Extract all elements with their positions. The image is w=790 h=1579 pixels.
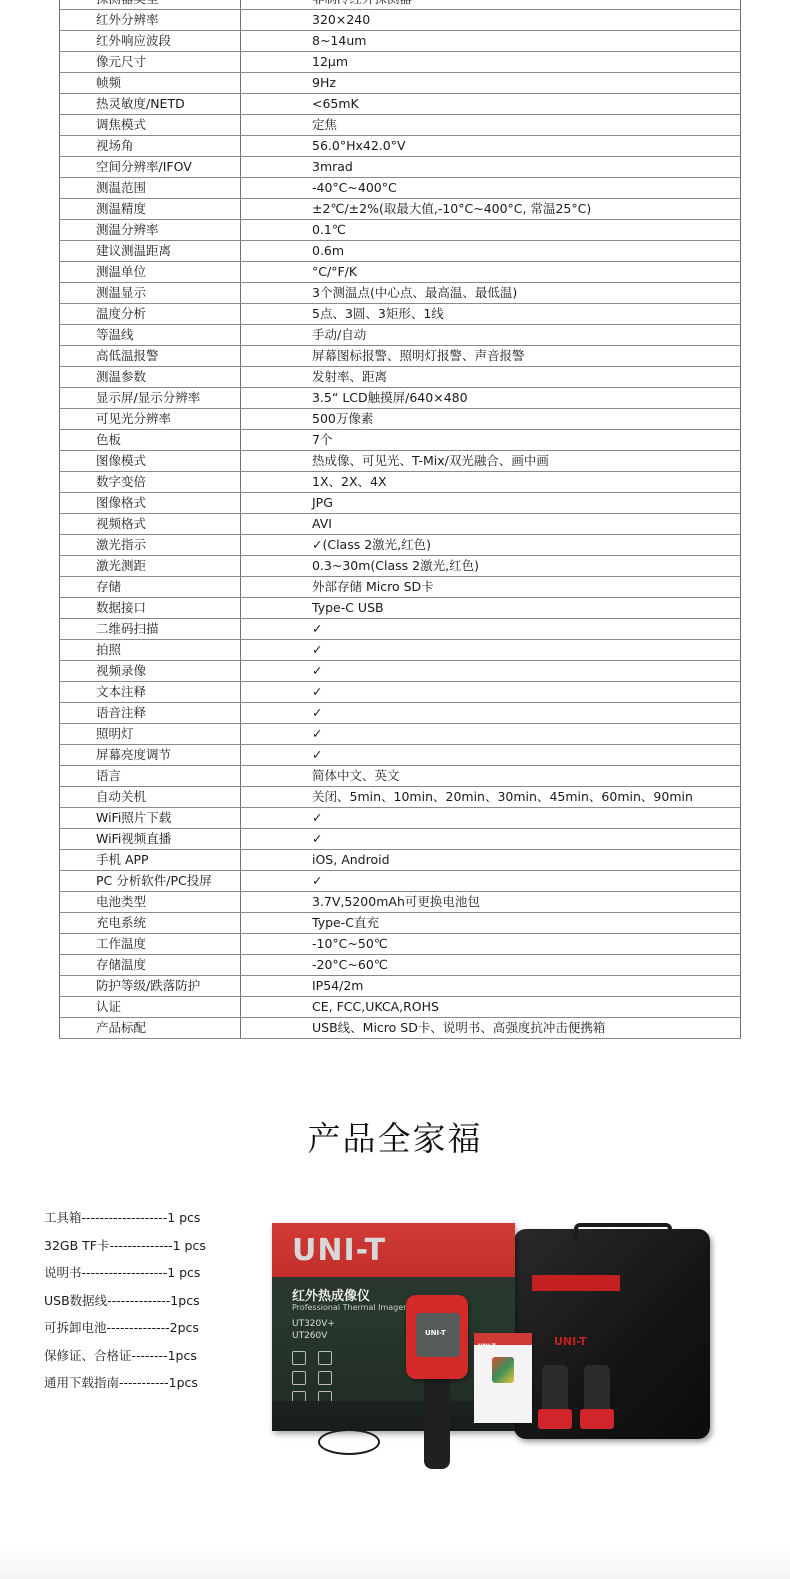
spec-label: 拍照 — [60, 640, 241, 661]
spec-label: 像元尺寸 — [60, 52, 241, 73]
table-row: 测温单位°C/°F/K — [60, 262, 741, 283]
spec-value: °C/°F/K — [241, 262, 741, 283]
table-row: 激光测距0.3~30m(Class 2激光,红色) — [60, 556, 741, 577]
spec-label: WiFi视频直播 — [60, 829, 241, 850]
spec-label: 数字变倍 — [60, 472, 241, 493]
spec-value: 热成像、可见光、T-Mix/双光融合、画中画 — [241, 451, 741, 472]
table-row: 温度分析5点、3圆、3矩形、1线 — [60, 304, 741, 325]
spec-value: ±2℃/±2%(取最大值,-10°C~400°C, 常温25°C) — [241, 199, 741, 220]
spec-label: 充电系统 — [60, 913, 241, 934]
box-model: UT260V — [292, 1331, 327, 1341]
table-row: 屏幕亮度调节✓ — [60, 745, 741, 766]
table-row: 数据接口Type-C USB — [60, 598, 741, 619]
spec-value: ✓ — [241, 682, 741, 703]
spec-value: 1X、2X、4X — [241, 472, 741, 493]
battery-body — [542, 1365, 568, 1413]
spec-label: 存储温度 — [60, 955, 241, 976]
spec-value: 320×240 — [241, 10, 741, 31]
package-item: 通用下载指南-----------1pcs — [44, 1373, 206, 1401]
spec-value: 56.0°Hx42.0°V — [241, 136, 741, 157]
table-row: 色板7个 — [60, 430, 741, 451]
camera-head: UNI-T — [406, 1295, 468, 1379]
table-row: 照明灯✓ — [60, 724, 741, 745]
table-row: 测温分辨率0.1℃ — [60, 220, 741, 241]
spec-label: 文本注释 — [60, 682, 241, 703]
feature-icon — [292, 1351, 306, 1365]
spec-value: 8~14um — [241, 31, 741, 52]
case-stripe — [532, 1275, 620, 1291]
package-item: 工具箱-------------------1 pcs — [44, 1208, 206, 1236]
spec-value: 7个 — [241, 430, 741, 451]
spec-label: 等温线 — [60, 325, 241, 346]
manual-header: UNI-T — [474, 1333, 532, 1345]
spec-value: ✓ — [241, 724, 741, 745]
table-row: 测温精度±2℃/±2%(取最大值,-10°C~400°C, 常温25°C) — [60, 199, 741, 220]
case-logo: UNI-T — [554, 1335, 587, 1348]
spec-table: 探测器类型非制冷红外探测器红外分辨率320×240红外响应波段8~14um像元尺… — [59, 0, 741, 1039]
table-row: 存储温度-20°C~60℃ — [60, 955, 741, 976]
table-row: WiFi视频直播✓ — [60, 829, 741, 850]
bottom-fade — [0, 1549, 790, 1579]
battery-body — [584, 1365, 610, 1413]
table-row: 红外分辨率320×240 — [60, 10, 741, 31]
spec-table-body: 探测器类型非制冷红外探测器红外分辨率320×240红外响应波段8~14um像元尺… — [60, 0, 741, 1039]
box-title: 红外热成像仪 — [292, 1285, 370, 1304]
spec-label: 照明灯 — [60, 724, 241, 745]
spec-value: ✓ — [241, 808, 741, 829]
manual-logo: UNI-T — [474, 1343, 496, 1350]
spec-label: 测温范围 — [60, 178, 241, 199]
spec-value: <65mK — [241, 94, 741, 115]
spec-label: 数据接口 — [60, 598, 241, 619]
table-row: 文本注释✓ — [60, 682, 741, 703]
spec-label: 调焦模式 — [60, 115, 241, 136]
section-title: 产品全家福 — [0, 1113, 790, 1160]
product-family-photo: UNI-T UNI-T 红外热成像仪 Professional Thermal … — [268, 1215, 718, 1460]
table-row: 二维码扫描✓ — [60, 619, 741, 640]
spec-label: 屏幕亮度调节 — [60, 745, 241, 766]
spec-label: 红外分辨率 — [60, 10, 241, 31]
spec-label: 认证 — [60, 997, 241, 1018]
package-item: USB数据线--------------1pcs — [44, 1291, 206, 1319]
manual-image — [492, 1357, 514, 1383]
spec-value: ✓ — [241, 661, 741, 682]
table-row: 激光指示✓(Class 2激光,红色) — [60, 535, 741, 556]
table-row: 空间分辨率/IFOV3mrad — [60, 157, 741, 178]
package-item: 保修证、合格证--------1pcs — [44, 1346, 206, 1374]
package-item: 32GB TF卡--------------1 pcs — [44, 1236, 206, 1264]
camera-logo: UNI-T — [425, 1329, 446, 1337]
table-row: 探测器类型非制冷红外探测器 — [60, 0, 741, 10]
table-row: 等温线手动/自动 — [60, 325, 741, 346]
spec-label: PC 分析软件/PC投屏 — [60, 871, 241, 892]
case-handle — [574, 1223, 672, 1241]
spec-label: 高低温报警 — [60, 346, 241, 367]
spec-value: ✓ — [241, 871, 741, 892]
table-row: 视频录像✓ — [60, 661, 741, 682]
spec-label: 语音注释 — [60, 703, 241, 724]
table-row: 工作温度-10°C~50℃ — [60, 934, 741, 955]
table-row: 视频格式AVI — [60, 514, 741, 535]
table-row: 图像格式JPG — [60, 493, 741, 514]
spec-value: 3.5“ LCD触摸屏/640×480 — [241, 388, 741, 409]
table-row: 测温参数发射率、距离 — [60, 367, 741, 388]
spec-value: 5点、3圆、3矩形、1线 — [241, 304, 741, 325]
table-row: 手机 APP iOS, Android — [60, 850, 741, 871]
table-row: 防护等级/跌落防护IP54/2m — [60, 976, 741, 997]
spec-label: 手机 APP — [60, 850, 241, 871]
table-row: 像元尺寸12μm — [60, 52, 741, 73]
feature-icon — [318, 1371, 332, 1385]
spec-label: 视场角 — [60, 136, 241, 157]
spec-value: JPG — [241, 493, 741, 514]
feature-icon — [292, 1371, 306, 1385]
thermal-camera: UNI-T — [406, 1295, 468, 1410]
box-subtitle: Professional Thermal Imager — [292, 1303, 406, 1312]
table-row: 存储外部存储 Micro SD卡 — [60, 577, 741, 598]
spec-label: 视频格式 — [60, 514, 241, 535]
spec-value: 外部存储 Micro SD卡 — [241, 577, 741, 598]
spec-value: Type-C USB — [241, 598, 741, 619]
spec-value: ✓ — [241, 619, 741, 640]
spec-value: 3mrad — [241, 157, 741, 178]
spec-label: 激光测距 — [60, 556, 241, 577]
table-row: 语音注释✓ — [60, 703, 741, 724]
box-logo: UNI-T — [292, 1233, 386, 1268]
spec-label: 可见光分辨率 — [60, 409, 241, 430]
spec-label: 热灵敏度/NETD — [60, 94, 241, 115]
spec-label: 温度分析 — [60, 304, 241, 325]
spec-label: 工作温度 — [60, 934, 241, 955]
spec-value: iOS, Android — [241, 850, 741, 871]
box-model: UT320V+ — [292, 1319, 335, 1329]
camera-lens-cover: UNI-T — [416, 1313, 460, 1357]
spec-label: WiFi照片下载 — [60, 808, 241, 829]
spec-value: 500万像素 — [241, 409, 741, 430]
spec-value: 简体中文、英文 — [241, 766, 741, 787]
spec-value: 3个测温点(中心点、最高温、最低温) — [241, 283, 741, 304]
table-row: WiFi照片下载✓ — [60, 808, 741, 829]
spec-value: AVI — [241, 514, 741, 535]
spec-value: 9Hz — [241, 73, 741, 94]
package-list: 工具箱-------------------1 pcs 32GB TF卡----… — [44, 1208, 206, 1401]
spec-label: 电池类型 — [60, 892, 241, 913]
spec-label: 存储 — [60, 577, 241, 598]
camera-grip — [424, 1369, 450, 1469]
usb-cable — [318, 1429, 380, 1455]
spec-value: 0.1℃ — [241, 220, 741, 241]
spec-value: 发射率、距离 — [241, 367, 741, 388]
table-row: 自动关机关闭、5min、10min、20min、30min、45min、60mi… — [60, 787, 741, 808]
battery-base — [580, 1409, 614, 1429]
spec-value: CE, FCC,UKCA,ROHS — [241, 997, 741, 1018]
table-row: 热灵敏度/NETD<65mK — [60, 94, 741, 115]
spec-label: 二维码扫描 — [60, 619, 241, 640]
spec-value: 屏幕图标报警、照明灯报警、声音报警 — [241, 346, 741, 367]
package-item: 说明书-------------------1 pcs — [44, 1263, 206, 1291]
table-row: 拍照✓ — [60, 640, 741, 661]
table-row: 认证CE, FCC,UKCA,ROHS — [60, 997, 741, 1018]
feature-icon — [318, 1351, 332, 1365]
table-row: PC 分析软件/PC投屏✓ — [60, 871, 741, 892]
table-row: 测温显示3个测温点(中心点、最高温、最低温) — [60, 283, 741, 304]
spec-value: -20°C~60℃ — [241, 955, 741, 976]
spec-label: 测温显示 — [60, 283, 241, 304]
spec-value: 定焦 — [241, 115, 741, 136]
table-row: 可见光分辨率500万像素 — [60, 409, 741, 430]
spec-value: 3.7V,5200mAh可更换电池包 — [241, 892, 741, 913]
spec-label: 激光指示 — [60, 535, 241, 556]
spec-value: ✓(Class 2激光,红色) — [241, 535, 741, 556]
spec-label: 防护等级/跌落防护 — [60, 976, 241, 997]
spec-value: 12μm — [241, 52, 741, 73]
battery-pack — [580, 1365, 614, 1430]
spec-value: -10°C~50℃ — [241, 934, 741, 955]
spec-label: 显示屏/显示分辨率 — [60, 388, 241, 409]
table-row: 建议测温距离0.6m — [60, 241, 741, 262]
table-row: 高低温报警屏幕图标报警、照明灯报警、声音报警 — [60, 346, 741, 367]
spec-label: 探测器类型 — [60, 0, 241, 10]
table-row: 电池类型3.7V,5200mAh可更换电池包 — [60, 892, 741, 913]
spec-label: 语言 — [60, 766, 241, 787]
spec-label: 视频录像 — [60, 661, 241, 682]
table-row: 测温范围-40°C~400°C — [60, 178, 741, 199]
spec-value: ✓ — [241, 640, 741, 661]
spec-value: 非制冷红外探测器 — [241, 0, 741, 10]
user-manual: UNI-T — [474, 1333, 532, 1423]
spec-label: 帧频 — [60, 73, 241, 94]
table-row: 数字变倍1X、2X、4X — [60, 472, 741, 493]
table-row: 产品标配USB线、Micro SD卡、说明书、高强度抗冲击便携箱 — [60, 1018, 741, 1039]
spec-value: Type-C直充 — [241, 913, 741, 934]
spec-value: ✓ — [241, 745, 741, 766]
spec-value: 关闭、5min、10min、20min、30min、45min、60min、90… — [241, 787, 741, 808]
table-row: 帧频9Hz — [60, 73, 741, 94]
spec-label: 自动关机 — [60, 787, 241, 808]
spec-value: 0.6m — [241, 241, 741, 262]
table-row: 语言简体中文、英文 — [60, 766, 741, 787]
spec-value: IP54/2m — [241, 976, 741, 997]
table-row: 红外响应波段8~14um — [60, 31, 741, 52]
spec-label: 红外响应波段 — [60, 31, 241, 52]
spec-label: 图像格式 — [60, 493, 241, 514]
spec-value: 手动/自动 — [241, 325, 741, 346]
spec-label: 测温参数 — [60, 367, 241, 388]
spec-label: 测温精度 — [60, 199, 241, 220]
table-row: 调焦模式定焦 — [60, 115, 741, 136]
spec-label: 产品标配 — [60, 1018, 241, 1039]
spec-label: 空间分辨率/IFOV — [60, 157, 241, 178]
spec-value: 0.3~30m(Class 2激光,红色) — [241, 556, 741, 577]
spec-label: 色板 — [60, 430, 241, 451]
spec-value: ✓ — [241, 703, 741, 724]
table-row: 视场角56.0°Hx42.0°V — [60, 136, 741, 157]
spec-label: 测温分辨率 — [60, 220, 241, 241]
box-top-band: UNI-T — [272, 1223, 515, 1277]
spec-label: 测温单位 — [60, 262, 241, 283]
spec-label: 建议测温距离 — [60, 241, 241, 262]
spec-label: 图像模式 — [60, 451, 241, 472]
spec-value: ✓ — [241, 829, 741, 850]
table-row: 显示屏/显示分辨率3.5“ LCD触摸屏/640×480 — [60, 388, 741, 409]
spec-value: -40°C~400°C — [241, 178, 741, 199]
spec-value: USB线、Micro SD卡、说明书、高强度抗冲击便携箱 — [241, 1018, 741, 1039]
table-row: 充电系统Type-C直充 — [60, 913, 741, 934]
battery-pack — [538, 1365, 572, 1430]
table-row: 图像模式热成像、可见光、T-Mix/双光融合、画中画 — [60, 451, 741, 472]
battery-base — [538, 1409, 572, 1429]
package-item: 可拆卸电池--------------2pcs — [44, 1318, 206, 1346]
